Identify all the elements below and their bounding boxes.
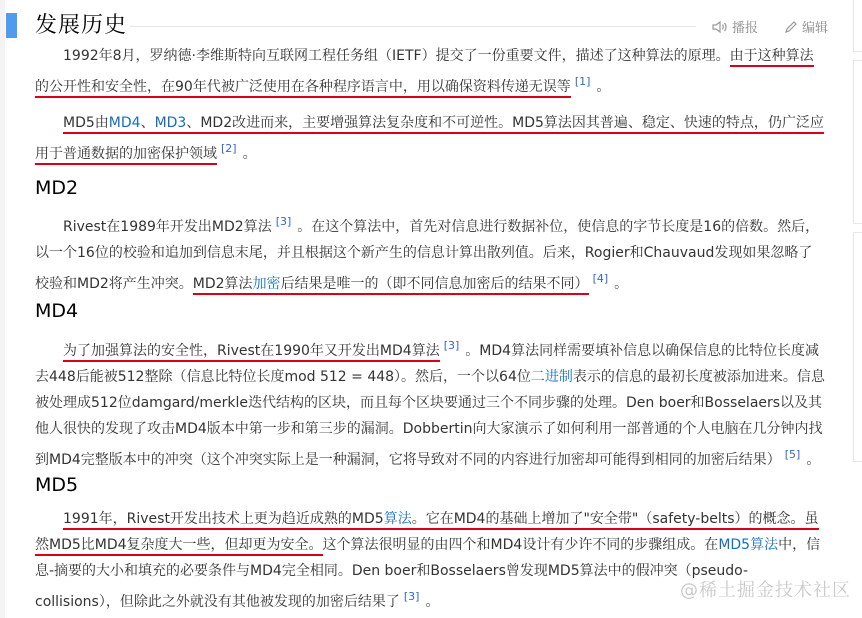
section-header: 发展历史 播报 编辑 [0,6,840,36]
citation-link[interactable]: [3] [404,590,420,603]
citation-link[interactable]: [5] [785,448,801,461]
pencil-icon [784,20,798,34]
md4-paragraph: 为了加强算法的安全性，Rivest在1990年又开发出MD4算法[3]。MD4算… [35,333,825,473]
section-divider [130,26,696,27]
link-md3[interactable]: MD3 [155,115,187,131]
text: 。 [243,146,257,162]
link-algorithm[interactable]: 算法 [384,511,412,527]
md2-paragraph: Rivest在1989年开发出MD2算法[3]。在这个算法中，首先对信息进行数据… [35,209,825,297]
text: 1992年8月，罗纳德·李维斯特向互联网工程任务组（IETF）提交了一份重要文件… [63,48,730,64]
subsection-title-md5: MD5 [35,474,78,496]
text: 这个算法很明显的由四个和MD4设计有少许不同的步骤组成。在 [323,537,719,553]
link-binary[interactable]: 二进制 [531,369,573,385]
speaker-icon [712,20,728,34]
citation-link[interactable]: [3] [276,215,292,228]
text: 、 [141,115,155,131]
watermark: @稀土掘金技术社区 [680,576,851,602]
edit-label: 编辑 [802,17,828,36]
underlined-text: 为了加强算法的安全性，Rivest在1990年又开发出MD4算法 [63,343,440,362]
text: 。 [614,276,628,292]
right-sidebar-rail [853,0,862,618]
text: MD2算法 [193,276,253,292]
section-accent-bar [6,13,17,38]
sidebar-box [853,232,862,462]
subsection-title-md4: MD4 [35,300,78,322]
broadcast-button[interactable]: 播报 [712,17,758,36]
intro-paragraph-1: 1992年8月，罗纳德·李维斯特向互联网工程任务组（IETF）提交了一份重要文件… [35,43,825,100]
subsection-title-md2: MD2 [35,177,78,199]
text: 1991年，Rivest开发出技术上更为趋近成熟的MD5 [63,511,384,527]
citation-link[interactable]: [2] [221,142,237,155]
text: 。 [806,452,820,468]
text: 。 [425,594,439,610]
link-encryption[interactable]: 加密 [253,276,281,292]
page-left-border [0,0,5,618]
edit-button[interactable]: 编辑 [784,17,828,36]
citation-link[interactable]: [1] [575,75,591,88]
citation-link[interactable]: [3] [444,339,460,352]
sidebar-box [853,60,862,224]
link-md5-algorithm[interactable]: MD5算法 [718,537,778,553]
link-md4[interactable]: MD4 [109,115,141,131]
underlined-text: MD5由MD4、MD3、MD2改进而来，主要增强算法复杂度和不可逆性。MD5算法… [35,115,824,165]
text: 后结果是唯一的（即不同信息加密后的结果不同） [281,276,589,292]
text: Rivest在1989年开发出MD2算法 [63,219,272,235]
broadcast-label: 播报 [732,17,758,36]
intro-paragraph-2: MD5由MD4、MD3、MD2改进而来，主要增强算法复杂度和不可逆性。MD5算法… [35,110,825,167]
citation-link[interactable]: [4] [593,272,609,285]
text: MD5由 [63,115,109,131]
sidebar-box [853,0,862,52]
section-title: 发展历史 [35,8,127,39]
text: 。 [596,79,610,95]
underlined-text: MD2算法加密后结果是唯一的（即不同信息加密后的结果不同） [193,276,589,295]
